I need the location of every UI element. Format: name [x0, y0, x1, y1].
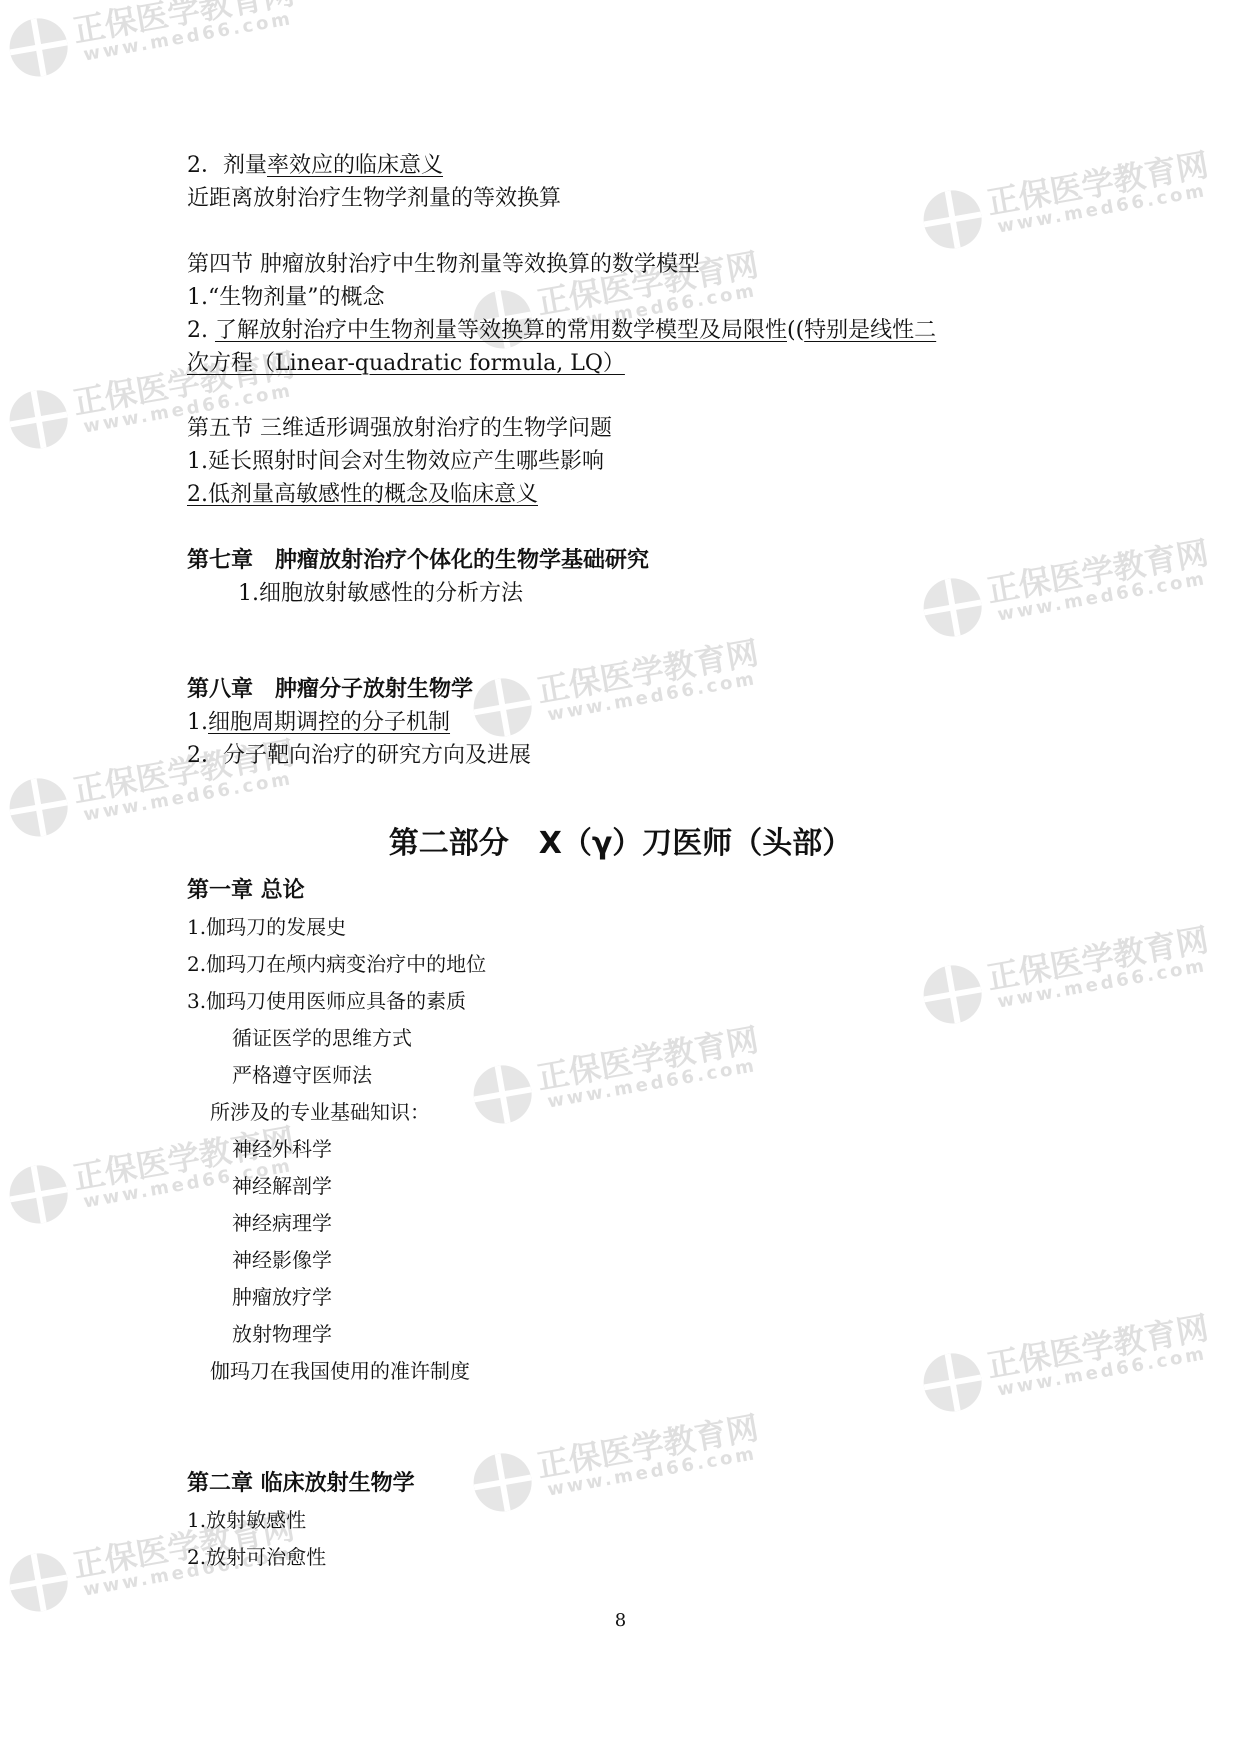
list-item: 3.伽玛刀使用医师应具备的素质 — [187, 987, 466, 1015]
list-item: 2．分子靶向治疗的研究方向及进展 — [187, 742, 531, 770]
watermark-logo-icon — [919, 574, 986, 641]
watermark-logo-icon — [469, 1449, 536, 1516]
watermark-logo-icon — [5, 1549, 72, 1616]
list-subitem: 严格遵守医师法 — [232, 1061, 372, 1089]
chapter-heading: 第八章 肿瘤分子放射生物学 — [187, 676, 473, 704]
list-item: 2.放射可治愈性 — [187, 1543, 326, 1571]
paragraph: 近距离放射治疗生物学剂量的等效换算 — [187, 185, 561, 213]
list-item: 伽玛刀在我国使用的准许制度 — [210, 1357, 470, 1385]
list-item: 2. 了解放射治疗中生物剂量等效换算的常用数学模型及局限性((特别是线性二 — [187, 317, 936, 345]
chapter-heading: 第二章 临床放射生物学 — [187, 1470, 415, 1498]
document-page: 正保医学教育网 www.med66.com 正保医学教育网 www.med66.… — [0, 0, 1241, 1755]
list-item-continuation: 次方程（Linear-quadratic formula, LQ） — [187, 350, 625, 378]
watermark-logo-icon — [919, 1349, 986, 1416]
chapter-heading: 第一章 总论 — [187, 877, 305, 905]
watermark-logo-icon — [5, 386, 72, 453]
list-subitem: 肿瘤放疗学 — [232, 1283, 332, 1311]
list-subitem: 神经病理学 — [232, 1209, 332, 1237]
list-item: 2.伽玛刀在颅内病变治疗中的地位 — [187, 950, 486, 978]
watermark-logo-icon — [919, 961, 986, 1028]
list-subitem: 神经外科学 — [232, 1135, 332, 1163]
section-heading: 第五节 三维适形调强放射治疗的生物学问题 — [187, 415, 612, 443]
watermark-logo-icon — [5, 14, 72, 81]
list-item: 1.细胞周期调控的分子机制 — [187, 709, 450, 737]
list-subitem: 神经影像学 — [232, 1246, 332, 1274]
knowledge-label: 所涉及的专业基础知识： — [210, 1098, 430, 1126]
watermark-logo-icon — [5, 1161, 72, 1228]
list-item: 1.细胞放射敏感性的分析方法 — [238, 580, 523, 608]
watermark-logo-icon — [469, 674, 536, 741]
list-item: 2.低剂量高敏感性的概念及临床意义 — [187, 481, 538, 509]
page-number: 8 — [0, 1610, 1241, 1631]
part-title: 第二部分 X（γ）刀医师（头部） — [0, 818, 1241, 862]
list-item: 2．剂量率效应的临床意义 — [187, 152, 443, 180]
list-subitem: 循证医学的思维方式 — [232, 1024, 412, 1052]
list-item: 1.延长照射时间会对生物效应产生哪些影响 — [187, 448, 604, 476]
list-subitem: 神经解剖学 — [232, 1172, 332, 1200]
watermark-logo-icon — [469, 1061, 536, 1128]
chapter-heading: 第七章 肿瘤放射治疗个体化的生物学基础研究 — [187, 547, 649, 575]
list-item: 1.放射敏感性 — [187, 1506, 306, 1534]
list-item: 1.伽玛刀的发展史 — [187, 913, 346, 941]
section-heading: 第四节 肿瘤放射治疗中生物剂量等效换算的数学模型 — [187, 251, 700, 279]
list-item: 1.“生物剂量”的概念 — [187, 284, 385, 312]
watermark-logo-icon — [919, 186, 986, 253]
list-subitem: 放射物理学 — [232, 1320, 332, 1348]
